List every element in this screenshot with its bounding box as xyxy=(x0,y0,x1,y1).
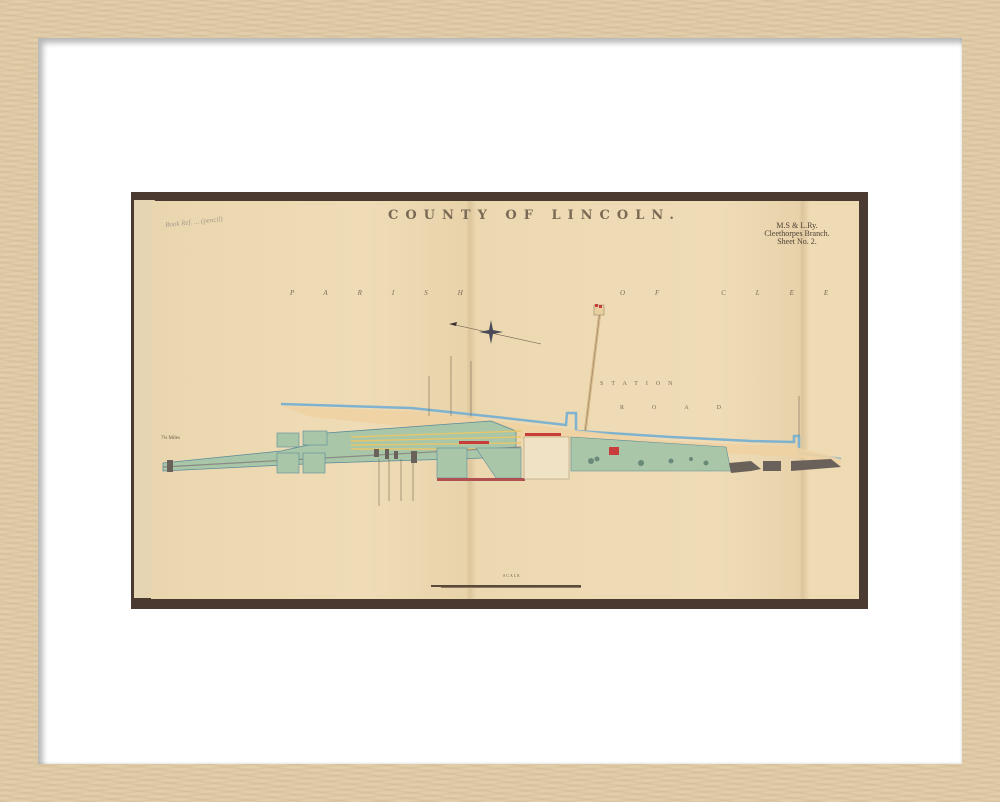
map-title: COUNTY OF LINCOLN. xyxy=(388,208,681,223)
sheet-number: Sheet No. 2. xyxy=(752,238,842,246)
parish-label: PARISH xyxy=(290,289,493,297)
sheet-info: M.S & L.Ry. Cleethorpes Branch. Sheet No… xyxy=(752,222,842,246)
mileage-marker: 7¾ Miles xyxy=(161,436,180,441)
pier xyxy=(585,304,604,433)
railway-plan-drawing xyxy=(151,201,859,599)
picture-frame: COUNTY OF LINCOLN. M.S & L.Ry. Cleethorp… xyxy=(0,0,1000,802)
parish-name-label: OF CLEE xyxy=(620,289,858,297)
scale-bar xyxy=(431,585,581,588)
station-label: STATION xyxy=(600,381,681,387)
scale-label: SCALE xyxy=(503,573,521,578)
road-label: ROAD xyxy=(620,405,749,411)
compass-rose-icon xyxy=(449,320,541,344)
